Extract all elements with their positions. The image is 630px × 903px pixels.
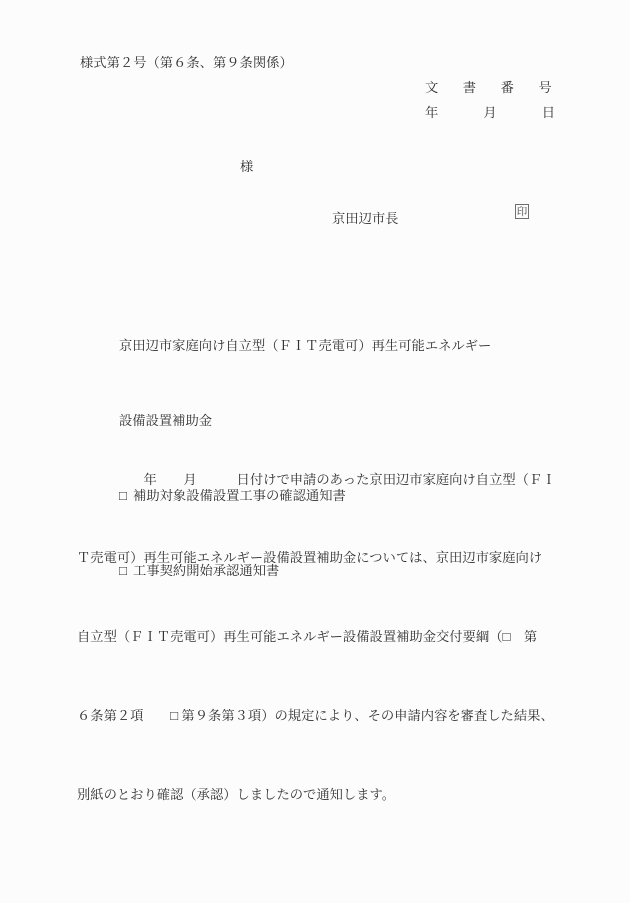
sender-name: 京田辺市長 bbox=[332, 211, 398, 226]
recipient-honorific: 様 bbox=[240, 159, 253, 174]
body-line: 別紙のとおり確認（承認）しましたので通知します。 bbox=[77, 782, 556, 808]
subject-title-line1: 京田辺市家庭向け自立型（ＦＩＴ売電可）再生可能エネルギー bbox=[119, 333, 491, 358]
date-year-label: 年 bbox=[425, 105, 438, 120]
form-number: 様式第２号（第６条、第９条関係） bbox=[80, 55, 293, 70]
document-number-label: 文書番号 bbox=[425, 80, 576, 95]
body-paragraph: 年 月 日付けで申請のあった京田辺市家庭向け自立型（ＦＩ Ｔ売電可）再生可能エネ… bbox=[77, 414, 556, 861]
date-line: 年 月 日 bbox=[425, 105, 555, 120]
body-line: 自立型（ＦＩＴ売電可）再生可能エネルギー設備設置補助金交付要綱（□ 第 bbox=[77, 624, 556, 650]
body-line: Ｔ売電可）再生可能エネルギー設備設置補助金については、京田辺市家庭向け bbox=[77, 545, 556, 571]
date-month-label: 月 bbox=[483, 105, 496, 120]
body-line: 年 月 日付けで申請のあった京田辺市家庭向け自立型（ＦＩ bbox=[77, 467, 556, 493]
body-line: ６条第２項 □ 第９条第３項）の規定により、その申請内容を審査した結果、 bbox=[77, 703, 556, 729]
document-page: 様式第２号（第６条、第９条関係） 文書番号 年 月 日 様 京田辺市長 印 京田… bbox=[0, 0, 630, 903]
seal-icon: 印 bbox=[517, 204, 528, 219]
seal-box: 印 bbox=[515, 204, 529, 219]
date-day-label: 日 bbox=[542, 105, 555, 120]
